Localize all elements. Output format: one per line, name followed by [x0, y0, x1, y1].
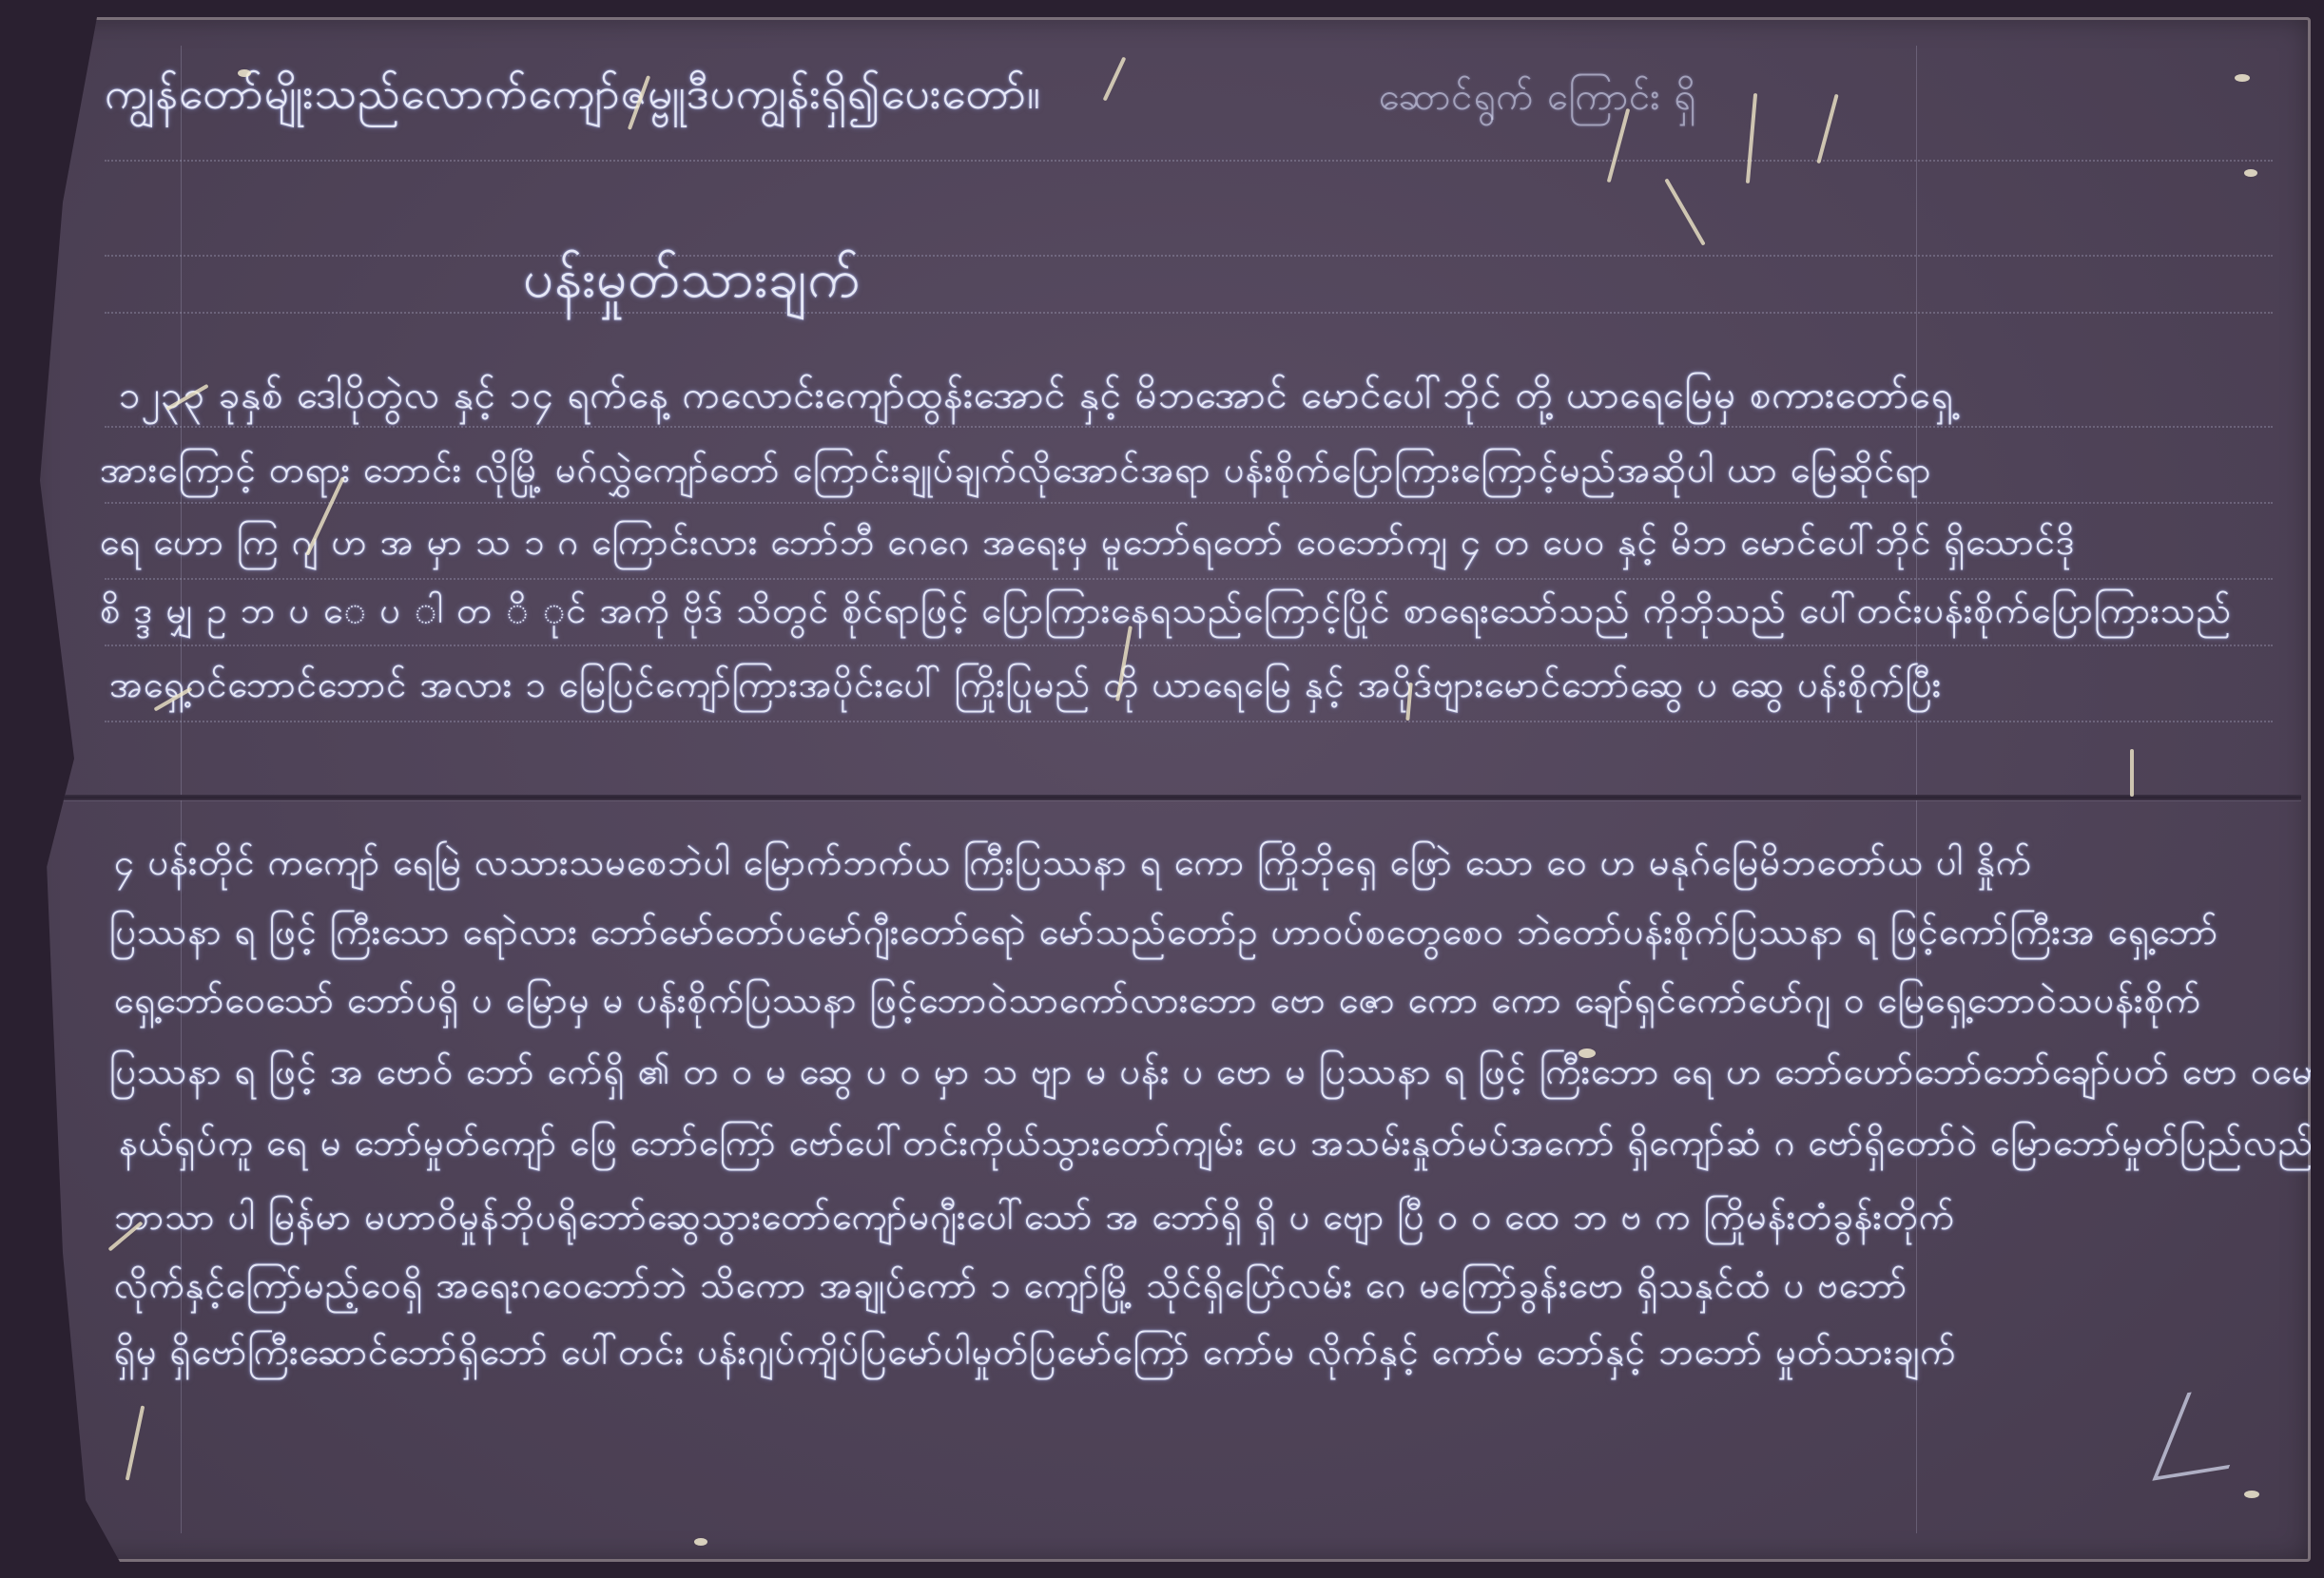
paper-damage [1816, 94, 1838, 164]
paper-speck [1578, 1049, 1596, 1058]
paper-damage [1746, 93, 1757, 183]
end-check-mark-icon [2152, 1380, 2263, 1480]
section-2-line: နယ်ရှပ်ကူ ရေ မ ဘော်မှုတ်ကျော် ဖြေ ဘော်ကြ… [119, 1120, 2314, 1173]
margin-rule-right [1916, 46, 1917, 1533]
paper-speck [694, 1538, 707, 1546]
section-1-line: ရေ ဟော ကြ ဂျ ဟ အ မှာ သ ၁ ဂ ကြောင်းလား ဘေ… [100, 519, 2076, 572]
section-1-line: စိ ဒ္ဒ မျှ ဥ ဘ ပ ေ ပ ါ တ ိ ုင် အကို ဗိုဒ… [100, 587, 2232, 641]
paper-speck [2244, 1491, 2259, 1498]
document-title: ပန်းမှုတ်သားချက် [523, 245, 861, 323]
section-2-line: ပြဿနာ ရ ဖြင့် ကြီးသော ရောဲလား ဘော်မော်တေ… [109, 909, 2218, 962]
section-2-line: ၄ ပန်းတိုင် ကကျော် ရေမြဲ လသားသမစေဘဲပါ မြ… [114, 839, 2032, 893]
paper-damage [126, 1405, 145, 1480]
paper-speck [2235, 74, 2250, 82]
ruled-line [105, 721, 2273, 722]
section-2-line: လိုက်နှင့်ကြော်မည့်ဝေရှိ အရေးဂဝေဘော်ဘဲ သ… [114, 1262, 1908, 1316]
paper-speck [238, 69, 251, 77]
parabaik-page: ကျွန်တော်မျိုးသည်လောက်ကျော်ဇမ္ဗူဒီပကျွန်… [29, 17, 2311, 1562]
section-1-line: အရှေ့ဝင်ဘောင်ဘောင် အလား ၁ မြေပြင်ကျော်ကြ… [109, 662, 1942, 715]
section-1-line: ၁၂၃၃ ခုနှစ် ဒေါပိုတွဲလ နှင့် ၁၄ ရက်နေ့ က… [119, 371, 1954, 427]
ruled-line [105, 645, 2273, 646]
section-1-line: အားကြောင့် တရား ဘောင်း လိုမြို့ မဂ်လွှဲက… [100, 447, 1932, 500]
paper-damage [2130, 749, 2134, 797]
section-2-line: ရှိမှ ရှိဗော်ကြီးဆောင်ဘော်ရှိဘော် ပေါ်တင… [114, 1329, 1956, 1382]
ruled-line [105, 578, 2273, 580]
faint-annotation: ဆောင်ရွက် ကြောင်း ရှိ [1379, 72, 1696, 128]
section-2-line: ပြဿနာ ရ ဖြင့် အ ဗောဝ် ဘော် ဂော်ရှိ ၏ တ ဝ… [109, 1049, 2324, 1102]
ruled-line [105, 312, 2273, 314]
paper-damage [1664, 178, 1705, 245]
paper-speck [2244, 169, 2257, 177]
page-fold [48, 795, 2301, 800]
ruled-line [105, 255, 2273, 257]
section-2-line: ရှေ့ဘော်ဝေသော် ဘော်ပရှိ ပ မြောမှ မ ပန်းစ… [114, 977, 2201, 1030]
section-2-line: ဘာသာ ပါ မြန်မာ မဟာဝိမှုန်ဘိုပရိုဘော်ဆွေသ… [114, 1194, 1955, 1247]
ruled-line [105, 502, 2273, 504]
ruled-line [105, 160, 2273, 162]
